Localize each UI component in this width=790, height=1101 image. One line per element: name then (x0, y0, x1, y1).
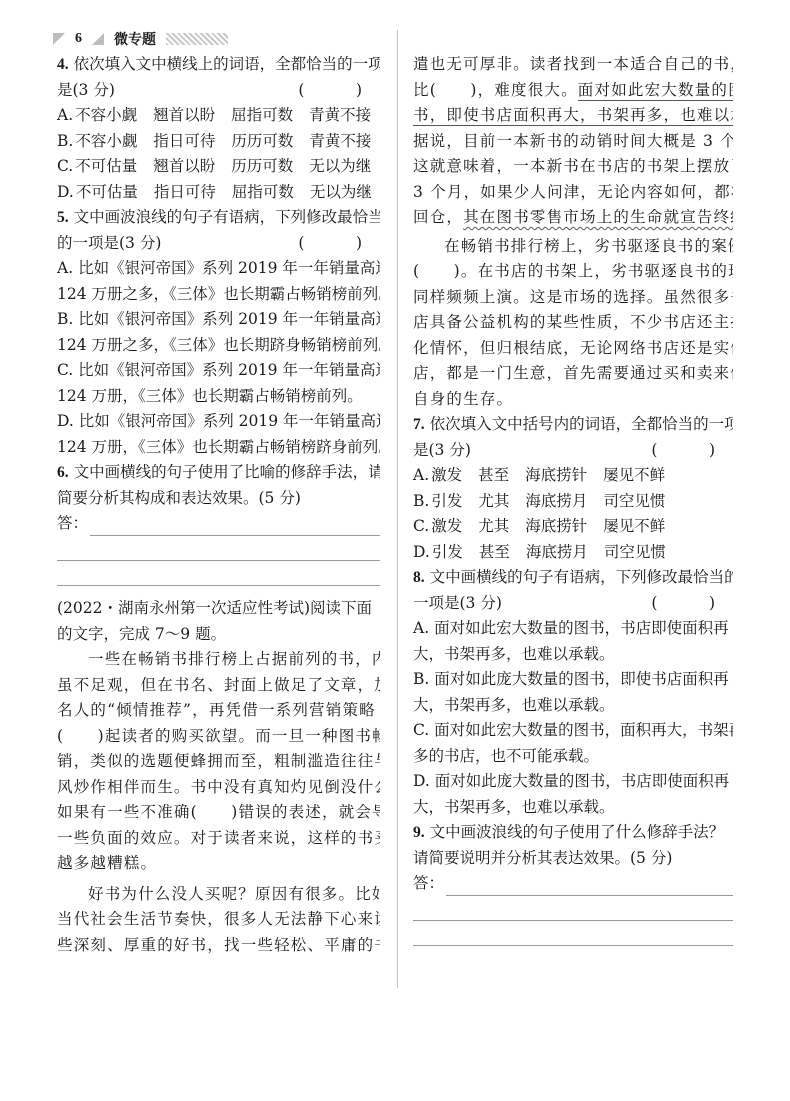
question-number: 9. (413, 824, 425, 841)
passage-line: 名人的“倾情推荐”，再凭借一系列营销策略 (57, 698, 380, 724)
option-a[interactable]: A.激发甚至海底捞针屡见不鲜 (413, 463, 733, 489)
question-stem: 一项是(3 分) (413, 594, 502, 612)
right-column: 遣也无可厚非。读者找到一本适合自己的书，好 比( )，难度很大。面对如此宏大数量… (413, 52, 733, 946)
passage-line: ( )。在书店的书架上，劣书驱逐良书的现象 (413, 259, 733, 285)
question-number: 8. (413, 569, 425, 586)
passage-line: 在畅销书排行榜上，劣书驱逐良书的案例 (413, 234, 733, 260)
header-triangle-icon (53, 33, 65, 45)
option-text: 124 万册之多，《三体》也长期跻身畅销榜前列。 (57, 333, 380, 359)
option-word: 引发 (432, 540, 463, 566)
option-d[interactable]: D. 面对如此庞大数量的图书，书店即使面积再大，书架再多，也难以承载。 (413, 769, 733, 820)
option-word: 尤其 (478, 514, 509, 540)
passage-line: 一些负面的效应。对于读者来说，这样的书买得 (57, 826, 380, 852)
passage-line: ( )起读者的购买欲望。而一旦一种图书畅 (57, 724, 380, 750)
answer-paren[interactable]: ( ) (298, 231, 380, 257)
option-word: 无以为继 (309, 154, 371, 180)
option-b[interactable]: B.不容小觑指日可待历历可数青黄不接 (57, 129, 380, 155)
passage-line: 这就意味着，一本新书在书店的书架上摆放了 (413, 154, 733, 180)
option-word: 青黄不接 (309, 103, 371, 129)
option-c[interactable]: C.激发尤其海底捞针屡见不鲜 (413, 514, 733, 540)
passage-line: 据说，目前一本新书的动销时间大概是 3 个月。 (413, 129, 733, 155)
answer-field[interactable]: 答： (57, 511, 380, 536)
answer-line[interactable] (413, 896, 733, 921)
header-hatch-decoration (166, 33, 228, 45)
option-text: 面对如此宏大数量的图书，书店即使面积再 (434, 619, 729, 637)
question-stem: 文中画横线的句子使用了比喻的修辞手法，请 (74, 463, 380, 481)
question-5: 5. 文中画波浪线的句子有语病，下列修改最恰当 的一项是(3 分)( ) A. … (57, 205, 380, 460)
question-stem: 文中画波浪线的句子使用了什么修辞手法？ (430, 823, 725, 841)
left-column: 4. 依次填入文中横线上的词语，全都恰当的一项 是(3 分)( ) A.不容小觑… (57, 52, 380, 958)
question-stem: 简要分析其构成和表达效果。(5 分) (57, 486, 380, 512)
passage-line: 3 个月，如果少人问津，无论内容如何，都将下架 (413, 180, 733, 206)
option-word: 历历可数 (231, 129, 293, 155)
passage-paragraph-1: 一些在畅销书排行榜上占据前列的书，内容 虽不足观，但在书名、封面上做足了文章，加… (57, 647, 380, 877)
question-stem: 文中画横线的句子有语病，下列修改最恰当的 (430, 568, 733, 586)
wavy-underlined-sentence: 其在图书零售市场上的生命就宣告终结了。 (463, 208, 733, 226)
passage-line: 化情怀，但归根结底，无论网络书店还是实体书 (413, 336, 733, 362)
answer-line[interactable] (90, 517, 380, 536)
passage-text: 比( )，难度很大。 (413, 81, 578, 99)
passage-paragraph-3: 在畅销书排行榜上，劣书驱逐良书的案例 ( )。在书店的书架上，劣书驱逐良书的现象… (413, 234, 733, 413)
question-8: 8. 文中画横线的句子有语病，下列修改最恰当的 一项是(3 分)( ) A. 面… (413, 565, 733, 820)
answer-line[interactable] (446, 877, 733, 896)
option-text: 大，书架再多，也难以承载。 (413, 642, 733, 668)
option-label: C. (57, 361, 73, 379)
question-stem: 请简要说明并分析其表达效果。(5 分) (413, 846, 733, 872)
option-text: 多的书店，也不可能承载。 (413, 744, 733, 770)
question-number: 7. (413, 416, 425, 433)
option-word: 尤其 (478, 489, 509, 515)
option-label: B. (413, 670, 429, 688)
answer-label: 答： (413, 871, 444, 897)
option-c[interactable]: C. 面对如此宏大数量的图书，面积再大，书架再多的书店，也不可能承载。 (413, 718, 733, 769)
page-header: 6 微专题 (53, 30, 228, 48)
question-7: 7. 依次填入文中括号内的词语，全都恰当的一项 是(3 分)( ) A.激发甚至… (413, 412, 733, 565)
option-word: 海底捞月 (525, 489, 587, 515)
option-word: 甚至 (479, 540, 510, 566)
option-label: A. (57, 259, 73, 277)
question-number: 5. (57, 209, 69, 226)
option-a[interactable]: A. 面对如此宏大数量的图书，书店即使面积再大，书架再多，也难以承载。 (413, 616, 733, 667)
option-text: 124 万册之多，《三体》也长期霸占畅销榜前列。 (57, 282, 380, 308)
answer-line[interactable] (57, 536, 380, 561)
option-word: 屈指可数 (231, 103, 293, 129)
option-a[interactable]: A. 比如《银河帝国》系列 2019 年一年销量高达124 万册之多，《三体》也… (57, 256, 380, 307)
option-word: 指日可待 (154, 180, 216, 206)
question-stem: 依次填入文中横线上的词语，全都恰当的一项 (74, 55, 380, 73)
option-label: B. (413, 489, 429, 515)
passage-line: 销，类似的选题便蜂拥而至，粗制滥造往往与跟 (57, 749, 380, 775)
option-word: 司空见惯 (603, 489, 665, 515)
option-word: 不容小觑 (75, 103, 137, 129)
option-label: D. (57, 412, 74, 430)
option-text: 124 万册，《三体》也长期霸占畅销榜前列。 (57, 384, 380, 410)
option-label: B. (57, 129, 73, 155)
question-4: 4. 依次填入文中横线上的词语，全都恰当的一项 是(3 分)( ) A.不容小觑… (57, 52, 380, 205)
page-number: 6 (75, 31, 82, 47)
option-word: 海底捞针 (525, 514, 587, 540)
option-label: A. (413, 619, 429, 637)
passage-line: 如果有一些不准确( )错误的表述，就会导致 (57, 800, 380, 826)
option-word: 司空见惯 (604, 540, 666, 566)
option-word: 历历可数 (231, 154, 293, 180)
option-word: 青黄不接 (309, 129, 371, 155)
passage-source: (2022・湖南永州第一次适应性考试)阅读下面 (57, 596, 380, 622)
answer-paren[interactable]: ( ) (651, 438, 733, 464)
option-b[interactable]: B.引发尤其海底捞月司空见惯 (413, 489, 733, 515)
option-word: 翘首以盼 (153, 103, 215, 129)
section-title: 微专题 (114, 29, 156, 49)
answer-line[interactable] (57, 561, 380, 586)
option-word: 甚至 (478, 463, 509, 489)
option-text: 124 万册，《三体》也长期霸占畅销榜跻身前列。 (57, 435, 380, 461)
option-word: 激发 (431, 514, 462, 540)
option-text: 比如《银河帝国》系列 2019 年一年销量高达 (78, 310, 380, 328)
option-word: 海底捞月 (526, 540, 588, 566)
underlined-sentence: 书，即使书店面积再大，书架再多，也难以承载。 (413, 106, 733, 126)
question-stem: 是(3 分) (57, 81, 115, 99)
passage-line: 一些在畅销书排行榜上占据前列的书，内容 (57, 647, 380, 673)
question-9: 9. 文中画波浪线的句子使用了什么修辞手法？ 请简要说明并分析其表达效果。(5 … (413, 820, 733, 946)
header-triangle-icon (92, 33, 104, 45)
option-text: 比如《银河帝国》系列 2019 年一年销量高达 (79, 412, 380, 430)
answer-line[interactable] (413, 921, 733, 946)
option-label: A. (413, 463, 429, 489)
option-label: C. (413, 514, 429, 540)
question-stem: 的一项是(3 分) (57, 234, 161, 252)
passage-line: 风炒作相伴而生。书中没有真知灼见倒没什么， (57, 775, 380, 801)
option-b[interactable]: B. 比如《银河帝国》系列 2019 年一年销量高达124 万册之多，《三体》也… (57, 307, 380, 358)
passage-line: 自身的生存。 (413, 387, 733, 413)
question-stem: 文中画波浪线的句子有语病，下列修改最恰当 (74, 208, 380, 226)
option-d[interactable]: D.不可估量指日可待屈指可数无以为继 (57, 180, 380, 206)
question-number: 4. (57, 56, 69, 73)
answer-field[interactable]: 答： (413, 871, 733, 896)
option-text: 比如《银河帝国》系列 2019 年一年销量高达 (78, 259, 380, 277)
passage-line: 店具备公益机构的某些性质，不少书店还主打文 (413, 310, 733, 336)
option-text: 面对如此宏大数量的图书，面积再大，书架再 (434, 721, 733, 739)
option-word: 屈指可数 (232, 180, 294, 206)
option-text: 大，书架再多，也难以承载。 (413, 795, 733, 821)
passage-instruction: 的文字，完成 7～9 题。 (57, 622, 380, 648)
passage-line: 遣也无可厚非。读者找到一本适合自己的书，好 (413, 52, 733, 78)
option-word: 激发 (431, 463, 462, 489)
passage-line: 越多越糟糕。 (57, 851, 380, 877)
option-label: D. (413, 540, 430, 566)
passage-line: 同样频频上演。这是市场的选择。虽然很多书 (413, 285, 733, 311)
option-label: D. (57, 180, 74, 206)
option-b[interactable]: B. 面对如此庞大数量的图书，即使书店面积再大，书架再多，也难以承载。 (413, 667, 733, 718)
option-text: 大，书架再多，也难以承载。 (413, 693, 733, 719)
option-word: 指日可待 (153, 129, 215, 155)
option-label: C. (57, 154, 73, 180)
option-text: 比如《银河帝国》系列 2019 年一年销量高达 (78, 361, 380, 379)
option-text: 面对如此庞大数量的图书，即使书店面积再 (434, 670, 729, 688)
option-a[interactable]: A.不容小觑翘首以盼屈指可数青黄不接 (57, 103, 380, 129)
passage-paragraph-2: 好书为什么没人买呢？原因有很多。比如， 当代社会生活节奏快，很多人无法静下心来读… (57, 882, 380, 959)
passage-line: 店，都是一门生意，首先需要通过买和卖来保证 (413, 361, 733, 387)
option-d[interactable]: D. 比如《银河帝国》系列 2019 年一年销量高达124 万册，《三体》也长期… (57, 409, 380, 460)
column-divider (397, 30, 398, 988)
option-word: 海底捞针 (525, 463, 587, 489)
underlined-sentence: 面对如此宏大数量的图 (578, 81, 733, 101)
question-stem: 是(3 分) (413, 441, 471, 459)
option-word: 屡见不鲜 (603, 463, 665, 489)
answer-paren[interactable]: ( ) (651, 591, 733, 617)
passage-text: 回仓， (413, 208, 463, 226)
passage-line: 当代社会生活节奏快，很多人无法静下心来读那 (57, 907, 380, 933)
option-word: 引发 (431, 489, 462, 515)
option-c[interactable]: C. 比如《银河帝国》系列 2019 年一年销量高达124 万册，《三体》也长期… (57, 358, 380, 409)
option-word: 无以为继 (310, 180, 372, 206)
option-word: 不容小觑 (75, 129, 137, 155)
option-word: 翘首以盼 (153, 154, 215, 180)
question-stem: 依次填入文中括号内的词语，全都恰当的一项 (430, 415, 733, 433)
option-d[interactable]: D.引发甚至海底捞月司空见惯 (413, 540, 733, 566)
question-number: 6. (57, 464, 69, 481)
option-word: 屡见不鲜 (603, 514, 665, 540)
question-6: 6. 文中画横线的句子使用了比喻的修辞手法，请 简要分析其构成和表达效果。(5 … (57, 460, 380, 586)
answer-label: 答： (57, 511, 88, 537)
option-word: 不可估量 (75, 154, 137, 180)
option-label: B. (57, 310, 73, 328)
option-c[interactable]: C.不可估量翘首以盼历历可数无以为继 (57, 154, 380, 180)
passage-paragraph-2-cont: 遣也无可厚非。读者找到一本适合自己的书，好 比( )，难度很大。面对如此宏大数量… (413, 52, 733, 231)
option-label: C. (413, 721, 429, 739)
passage-line: 些深刻、厚重的好书，找一些轻松、平庸的书来消 (57, 933, 380, 959)
passage-line: 好书为什么没人买呢？原因有很多。比如， (57, 882, 380, 908)
passage-line: 虽不足观，但在书名、封面上做足了文章，加之有 (57, 673, 380, 699)
option-word: 不可估量 (76, 180, 138, 206)
reading-passage: (2022・湖南永州第一次适应性考试)阅读下面 的文字，完成 7～9 题。 一些… (57, 596, 380, 958)
answer-paren[interactable]: ( ) (298, 78, 380, 104)
option-label: D. (413, 772, 430, 790)
option-label: A. (57, 103, 73, 129)
option-text: 面对如此庞大数量的图书，书店即使面积再 (435, 772, 730, 790)
